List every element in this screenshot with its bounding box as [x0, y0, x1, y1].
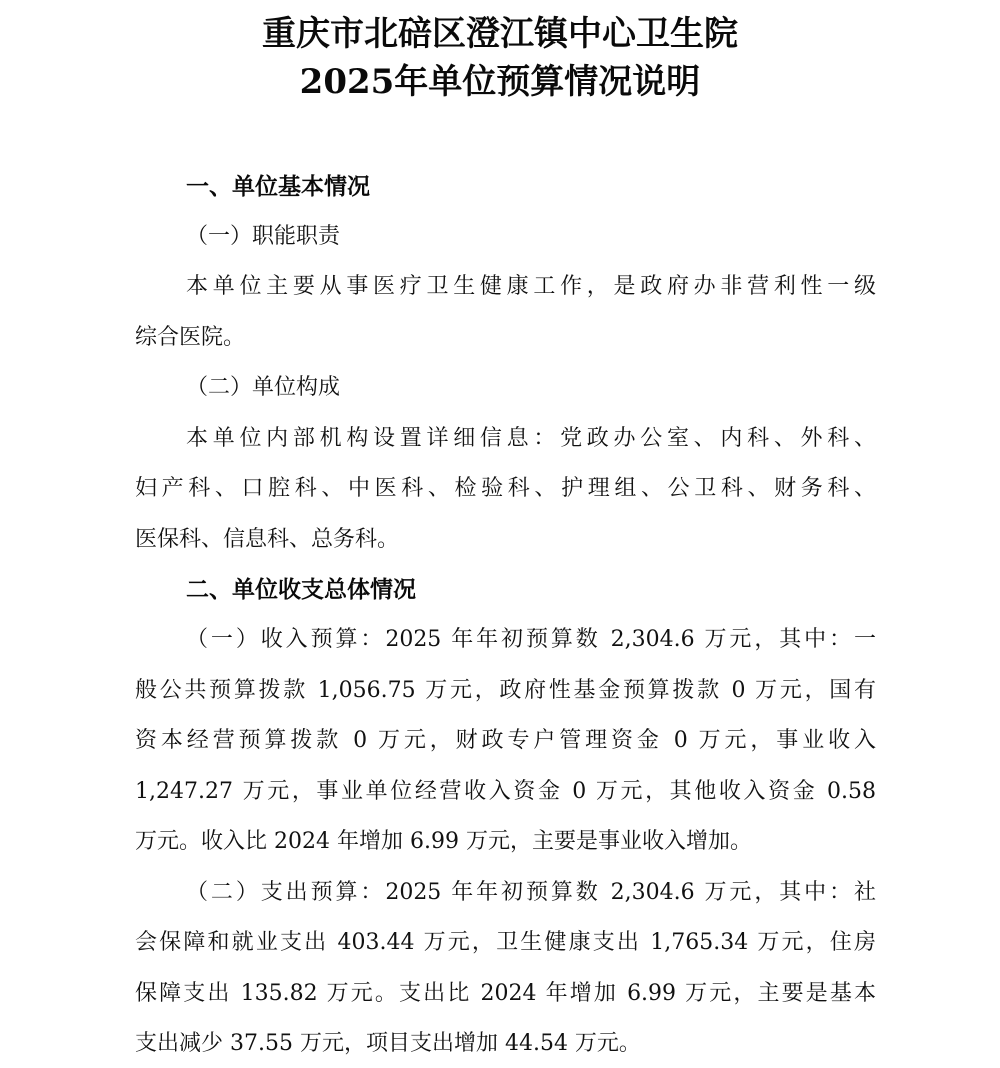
income-budget-line: 1,247.27 万元，事业单位经营收入资金 0 万元，其他收入资金 0.58 [135, 777, 876, 807]
subsection-heading-composition: （二）单位构成 [186, 373, 876, 403]
document-title-line2: 2025年单位预算情况说明 [0, 60, 1000, 104]
paragraph-line: 本单位内部机构设置详细信息：党政办公室、内科、外科、 [186, 424, 876, 454]
income-budget-line: 般公共预算拨款 1,056.75 万元，政府性基金预算拨款 0 万元，国有 [135, 676, 876, 706]
paragraph-line: 本单位主要从事医疗卫生健康工作，是政府办非营利性一级 [186, 272, 876, 302]
income-budget-line: （一）收入预算：2025 年年初预算数 2,304.6 万元，其中：一 [186, 625, 876, 655]
paragraph-line: 妇产科、口腔科、中医科、检验科、护理组、公卫科、财务科、 [135, 474, 876, 504]
paragraph-line: 综合医院。 [135, 323, 876, 353]
document-title-line1: 重庆市北碚区澄江镇中心卫生院 [0, 12, 1000, 56]
subsection-heading-functions: （一）职能职责 [186, 222, 876, 252]
expense-budget-line: （二）支出预算：2025 年年初预算数 2,304.6 万元，其中：社 [186, 878, 876, 908]
document-page: 重庆市北碚区澄江镇中心卫生院 2025年单位预算情况说明 一、单位基本情况 （一… [0, 0, 1000, 1068]
income-budget-line: 万元。收入比 2024 年增加 6.99 万元，主要是事业收入增加。 [135, 827, 876, 857]
income-budget-line: 资本经营预算拨款 0 万元，财政专户管理资金 0 万元，事业收入 [135, 726, 876, 756]
expense-budget-line: 保障支出 135.82 万元。支出比 2024 年增加 6.99 万元，主要是基… [135, 979, 876, 1009]
section-heading-revenue-expenditure: 二、单位收支总体情况 [186, 575, 416, 605]
expense-budget-line: 会保障和就业支出 403.44 万元，卫生健康支出 1,765.34 万元，住房 [135, 928, 876, 958]
section-heading-basic-info: 一、单位基本情况 [186, 172, 370, 202]
paragraph-line: 医保科、信息科、总务科。 [135, 525, 876, 555]
expense-budget-line: 支出减少 37.55 万元，项目支出增加 44.54 万元。 [135, 1029, 876, 1059]
